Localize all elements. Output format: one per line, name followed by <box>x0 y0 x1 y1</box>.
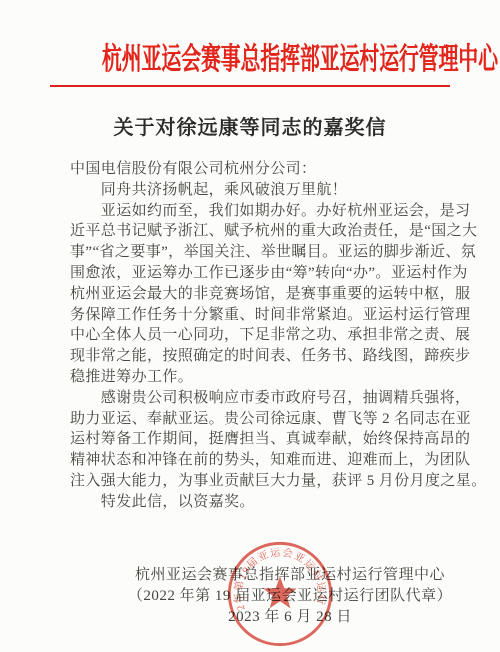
body-line: 近平总书记赋予浙江、赋予杭州的重大政治责任，是“国之大 <box>70 221 452 242</box>
body-line: 中心全体人员一心同功，下足非常之功、承担非常之责、展 <box>70 325 452 346</box>
letterhead-divider <box>50 85 450 87</box>
letterhead: 杭州亚运会赛事总指挥部亚运村运行管理中心 <box>0 34 500 78</box>
body-line-closing: 特发此信，以资嘉奖。 <box>70 492 452 513</box>
body-line: 亚运如约而至，我们如期办好。办好杭州亚运会，是习 <box>70 201 452 222</box>
body-line: 感谢贵公司积极响应市委市政府号召，抽调精兵强将， <box>70 388 452 409</box>
signature-date: 2023 年 6 月 28 日 <box>110 607 470 628</box>
letter-body: 中国电信股份有限公司杭州分公司： 同舟共济扬帆起，乘风破浪万里航！ 亚运如约而至… <box>70 159 452 513</box>
body-line: 稳推进筹办工作。 <box>70 367 452 388</box>
commendation-letter-page: 杭州亚运会赛事总指挥部亚运村运行管理中心 关于对徐远康等同志的嘉奖信 中国电信股… <box>0 0 500 652</box>
body-line: 精神状态和冲锋在前的势头，知难而进、迎难而上，为团队 <box>70 450 452 471</box>
body-line: 事”“省之要事”，举国关注、举世瞩目。亚运的脚步渐近、氛 <box>70 242 452 263</box>
signature-org: 杭州亚运会赛事总指挥部亚运村运行管理中心 <box>110 565 470 586</box>
signature-seal-note: （2022 年第 19 届亚运会亚运村运行团队代章） <box>110 586 470 607</box>
body-line: 注入强大能力，为事业贡献巨大力量，获评 5 月份月度之星。 <box>70 471 452 492</box>
body-line: 杭州亚运会最大的非竞赛场馆，是赛事重要的运转中枢，服 <box>70 284 452 305</box>
body-line: 现非常之能，按照确定的时间表、任务书、路线图，蹄疾步 <box>70 346 452 367</box>
document-title: 关于对徐远康等同志的嘉奖信 <box>0 111 500 140</box>
body-line: 同舟共济扬帆起，乘风破浪万里航！ <box>70 180 452 201</box>
body-line: 助力亚运、奉献亚运。贵公司徐远康、曹飞等 2 名同志在亚 <box>70 409 452 430</box>
signature-block: 杭州亚运会赛事总指挥部亚运村运行管理中心 （2022 年第 19 届亚运会亚运村… <box>110 565 470 628</box>
letterhead-org-title: 杭州亚运会赛事总指挥部亚运村运行管理中心 <box>102 34 498 78</box>
body-line-salutation: 中国电信股份有限公司杭州分公司： <box>70 159 452 180</box>
body-line: 围愈浓，亚运筹办工作已逐步由“筹”转向“办”。亚运村作为 <box>70 263 452 284</box>
body-line: 务保障工作任务十分繁重、时间非常紧迫。亚运村运行管理 <box>70 305 452 326</box>
body-line: 运村筹备工作期间，挺膺担当、真诚奉献，始终保持高昂的 <box>70 429 452 450</box>
